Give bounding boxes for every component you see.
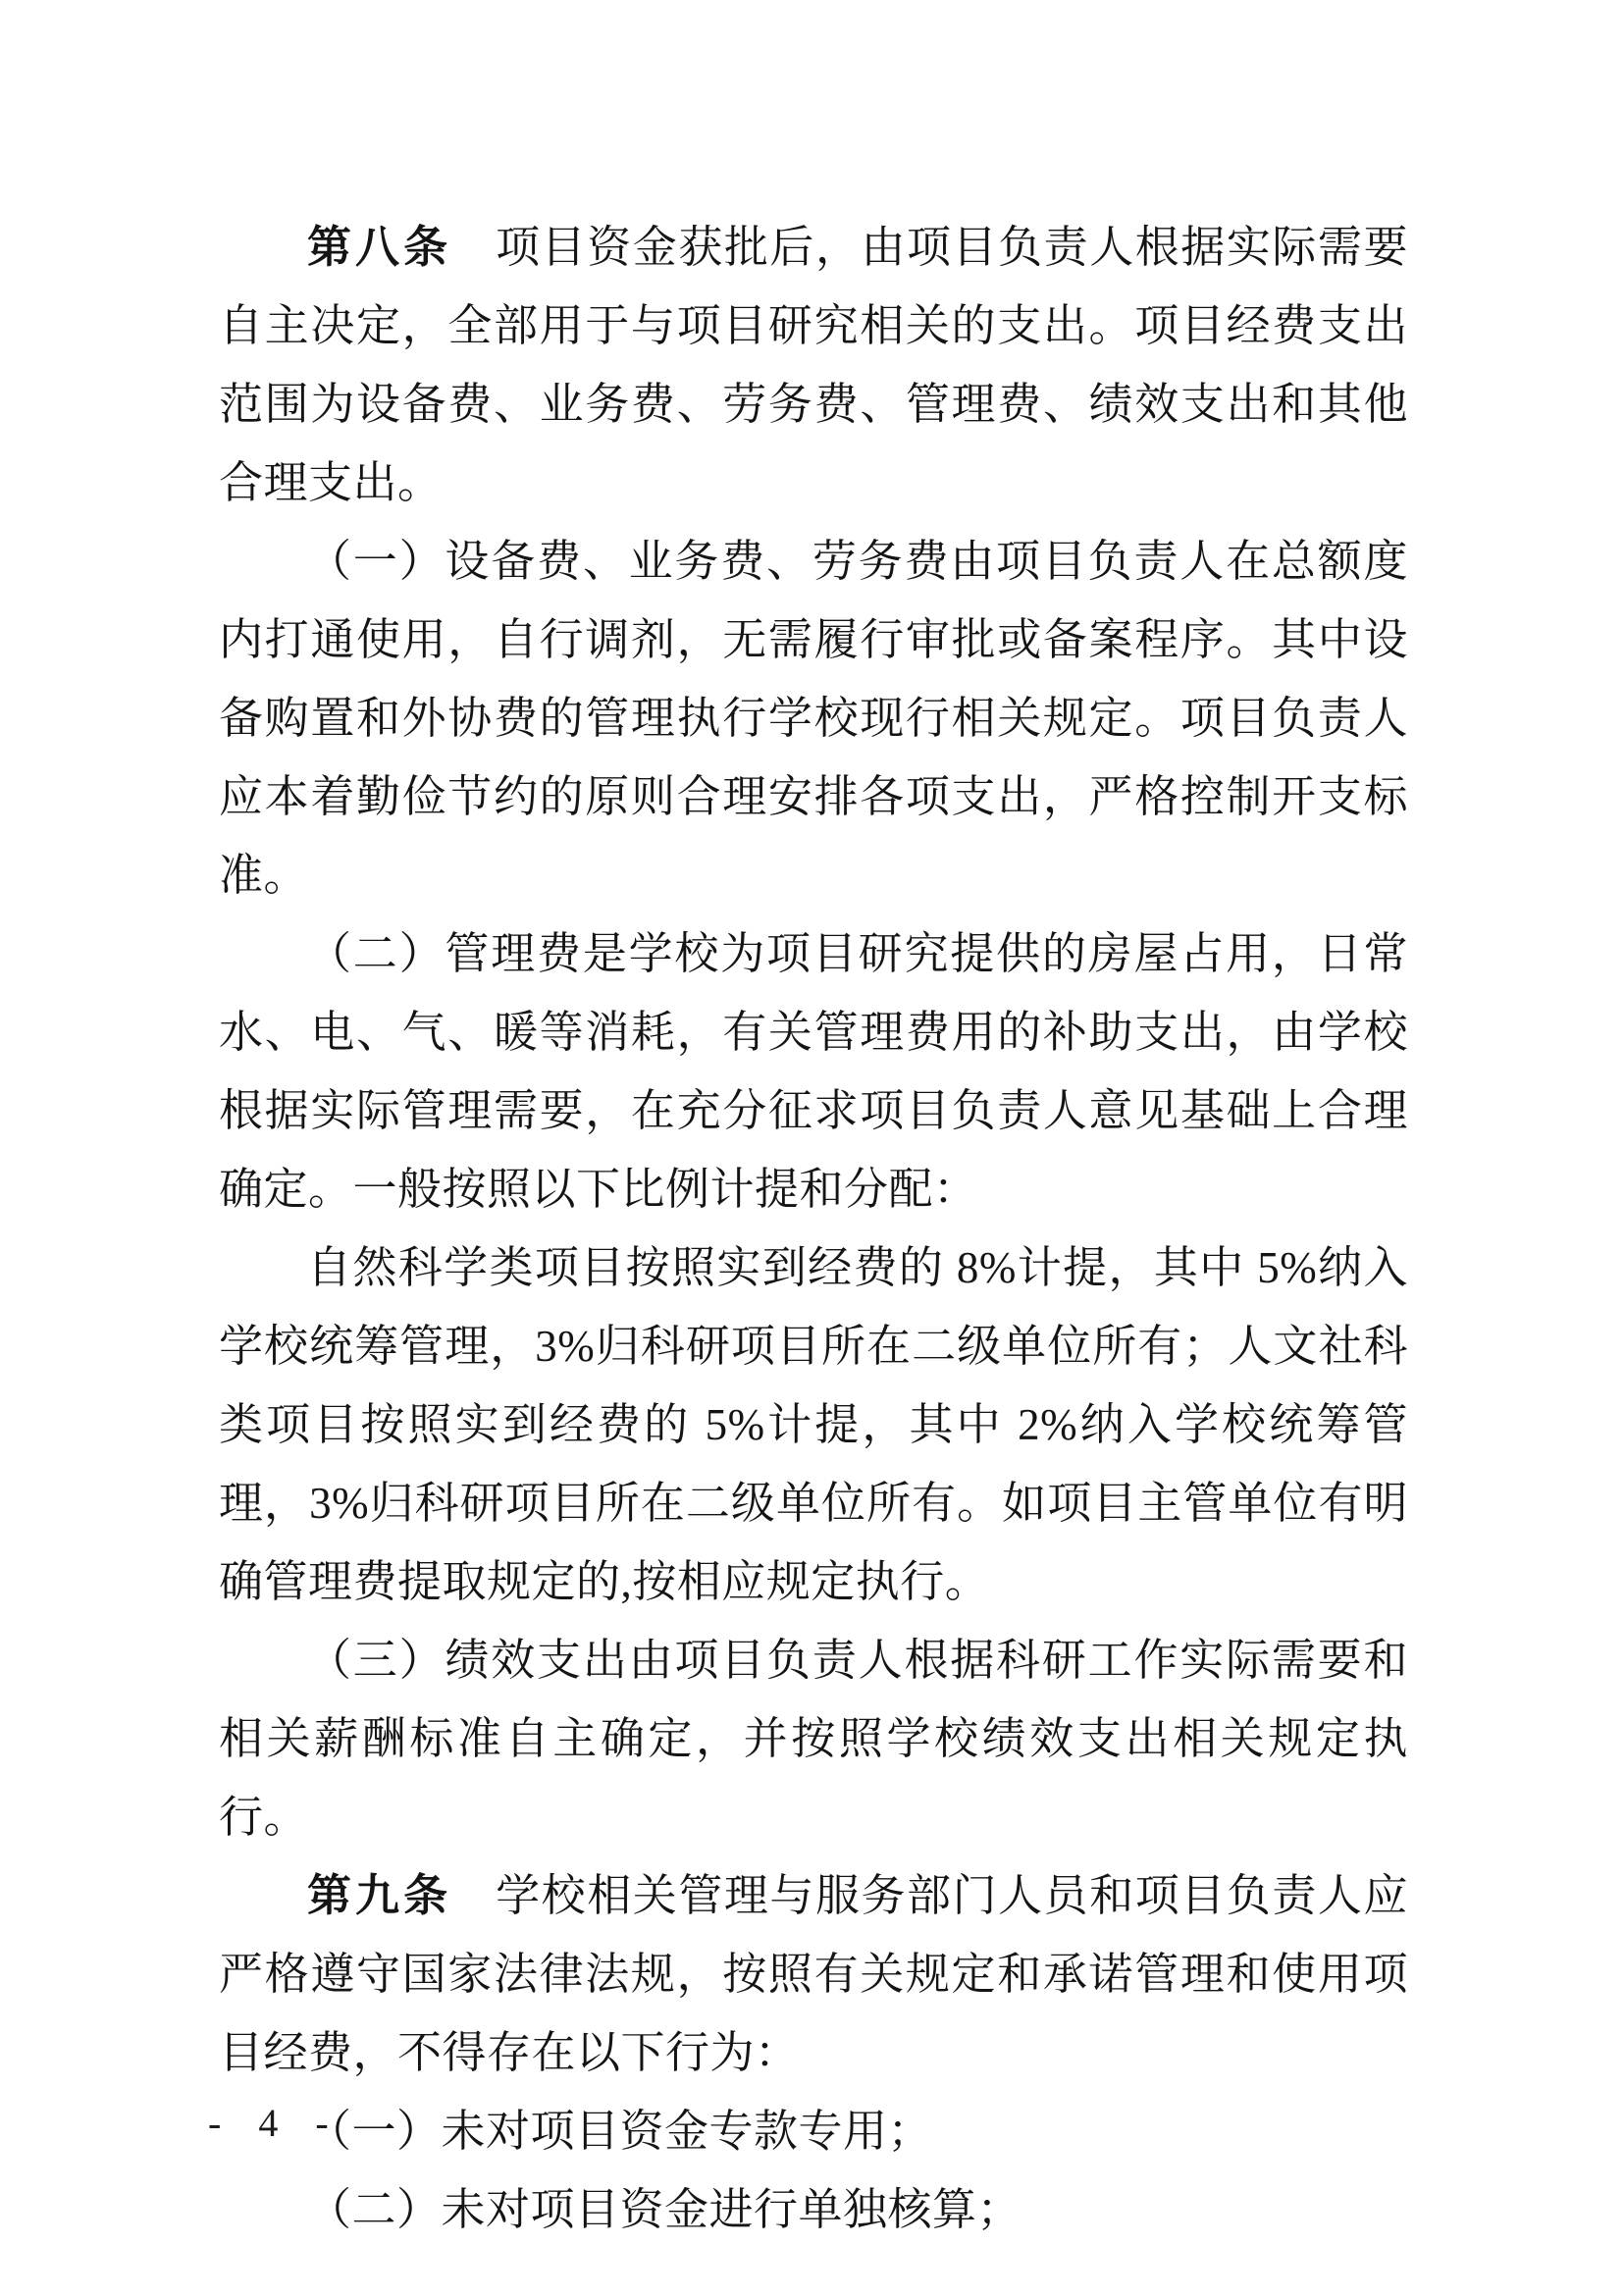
paragraph-text: （一）未对项目资金专款专用； [307,2107,932,2156]
paragraph-text: （二）未对项目资金进行单独核算； [307,2185,1022,2234]
page-number: - 4 - [208,2101,342,2145]
page-footer: - 4 - [208,2100,342,2147]
article-8-paragraph: 第八条项目资金获批后，由项目负责人根据实际需要自主决定，全部用于与项目研究相关的… [219,208,1408,522]
clause-1-equipment-fees: （一）设备费、业务费、劳务费由项目负责人在总额度内打通使用，自行调剂，无需履行审… [219,522,1408,914]
management-fee-ratios: 自然科学类项目按照实到经费的 8%计提，其中 5%纳入学校统筹管理，3%归科研项… [219,1228,1408,1621]
clause-3-performance-payout: （三）绩效支出由项目负责人根据科研工作实际需要和相关薪酬标准自主确定，并按照学校… [219,1621,1408,1856]
article-9-paragraph: 第九条学校相关管理与服务部门人员和项目负责人应严格遵守国家法律法规，按照有关规定… [219,1856,1408,2092]
paragraph-text: （三）绩效支出由项目负责人根据科研工作实际需要和相关薪酬标准自主确定，并按照学校… [219,1636,1408,1842]
document-body: 第八条项目资金获批后，由项目负责人根据实际需要自主决定，全部用于与项目研究相关的… [219,208,1408,2249]
article-9-label: 第九条 [307,1871,451,1920]
article-8-label: 第八条 [307,223,451,272]
prohibited-item-2: （二）未对项目资金进行单独核算； [219,2170,1408,2249]
paragraph-text: （一）设备费、业务费、劳务费由项目负责人在总额度内打通使用，自行调剂，无需履行审… [219,537,1408,900]
paragraph-text: 自然科学类项目按照实到经费的 8%计提，其中 5%纳入学校统筹管理，3%归科研项… [219,1243,1408,1606]
prohibited-item-1: （一）未对项目资金专款专用； [219,2092,1408,2170]
document-page: 第八条项目资金获批后，由项目负责人根据实际需要自主决定，全部用于与项目研究相关的… [0,0,1624,2296]
clause-2-management-fees: （二）管理费是学校为项目研究提供的房屋占用，日常水、电、气、暖等消耗，有关管理费… [219,914,1408,1228]
paragraph-text: （二）管理费是学校为项目研究提供的房屋占用，日常水、电、气、暖等消耗，有关管理费… [219,929,1408,1214]
